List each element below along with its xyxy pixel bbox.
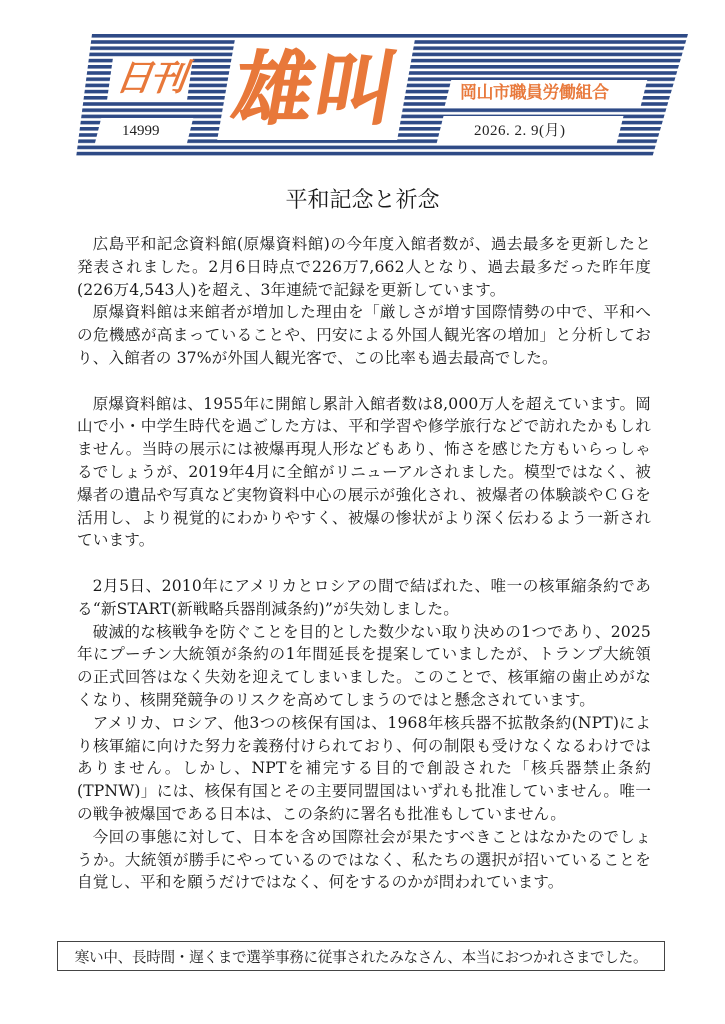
notice-text: 寒い中、長時間・遅くまで選挙事務に従事されたみなさん、本当におつかれさまでした。 (75, 946, 647, 967)
paragraph: 原爆資料館は来館者が増加した理由を「厳しさが増す国際情勢の中で、平和への危機感が… (77, 301, 651, 369)
section-gap (77, 370, 651, 393)
masthead-banner: 日刊 雄叫 14999 岡山市職員労働組合 2026. 2. 9(月) (76, 34, 688, 158)
article-title: 平和記念と祈念 (0, 186, 725, 216)
paragraph: 広島平和記念資料館(原爆資料館)の今年度入館者数が、過去最多を更新したと発表され… (77, 233, 651, 301)
paragraph: アメリカ、ロシア、他3つの核保有国は、1968年核兵器不拡散条約(NPT)により… (77, 712, 651, 826)
paragraph: 破滅的な核戦争を防ぐことを目的とした数少ない取り決めの1つであり、2025年にプ… (77, 621, 651, 712)
masthead-title-small: 日刊 (107, 58, 193, 100)
masthead-title-main: 雄叫 (217, 40, 415, 140)
union-name: 岡山市職員労働組合 (460, 80, 609, 106)
article-body: 広島平和記念資料館(原爆資料館)の今年度入館者数が、過去最多を更新したと発表され… (77, 233, 651, 894)
section-gap (77, 552, 651, 575)
paragraph: 原爆資料館は、1955年に開館し累計入館者数は8,000万人を超えています。岡山… (77, 393, 651, 553)
issue-date: 2026. 2. 9(月) (474, 120, 566, 142)
notice-box: 寒い中、長時間・遅くまで選挙事務に従事されたみなさん、本当におつかれさまでした。 (57, 941, 665, 971)
issue-number: 14999 (122, 120, 160, 142)
paragraph: 2月5日、2010年にアメリカとロシアの間で結ばれた、唯一の核軍縮条約である“新… (77, 575, 651, 621)
paragraph: 今回の事態に対して、日本を含め国際社会が果たすべきことはなかたのでしょうか。大統… (77, 826, 651, 894)
